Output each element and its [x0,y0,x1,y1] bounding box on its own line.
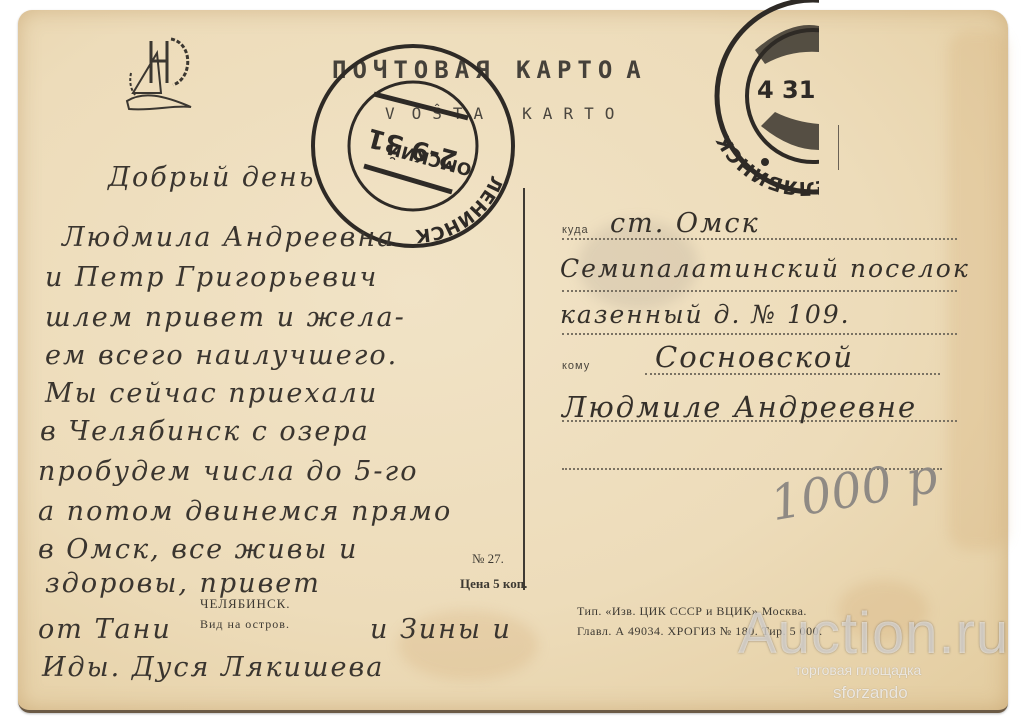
address-line [562,333,957,335]
postmark-chelyabinsk-icon: ЧЕЛЯБИНСК 4 31 8 [695,0,825,200]
header-eo-karto: KARTO [522,104,625,123]
to-label: кому [562,360,590,372]
message-line: Иды. Дуся Лякишева [42,652,384,683]
card-number: № 27. [472,551,504,567]
message-line: ем всего наилучшего. [45,340,398,371]
watermark-brand: Auction.ru [738,600,1009,667]
where-value: ст. Омск [610,208,760,239]
address-line [562,290,957,292]
message-line: пробудем числа до 5-го [38,456,418,487]
card-city: ЧЕЛЯБИНСК. [200,596,291,612]
stamp-placeholder-mark [838,125,839,170]
address-line [562,238,957,240]
message-address-divider [523,188,525,590]
address-line-2: Семипалатинский поселок [560,254,970,283]
address-line [645,373,940,375]
stain-edge [948,30,1008,550]
card-caption: Вид на остров. [200,617,290,632]
message-line: от Тани [38,614,172,645]
message-line: Добрый день [108,162,316,193]
card-price: Цена 5 коп. [460,576,527,592]
address-line-3: казенный д. № 109. [560,300,851,329]
message-line: Мы сейчас приехали [45,378,378,409]
message-line: и Петр Григорьевич [45,262,378,293]
message-line: и Зины и [370,614,512,645]
message-line: Людмила Андреевна [62,222,395,253]
message-line: шлем привет и жела- [45,302,406,333]
postmark-date: 4 31 8 [757,76,825,104]
message-line: в Омск, все живы и [38,534,358,565]
recipient-name: Людмиле Андреевне [562,390,917,424]
watermark-subtitle: торговая площадка [795,662,921,678]
message-line: а потом двинемся прямо [38,496,452,527]
where-label: куда [562,224,589,236]
recipient-surname: Сосновской [655,340,854,374]
postmark-leninsk-icon: ЛЕНИНСК 2-9 31 ОМСКИЙ [302,40,524,252]
message-line: здоровы, привет [45,568,321,599]
watermark-seller: sforzando [833,683,908,703]
address-line [562,420,957,422]
message-line: в Челябинск с озера [40,416,370,447]
publisher-logo-icon [123,33,195,113]
header-ru-tail: А [626,56,646,84]
